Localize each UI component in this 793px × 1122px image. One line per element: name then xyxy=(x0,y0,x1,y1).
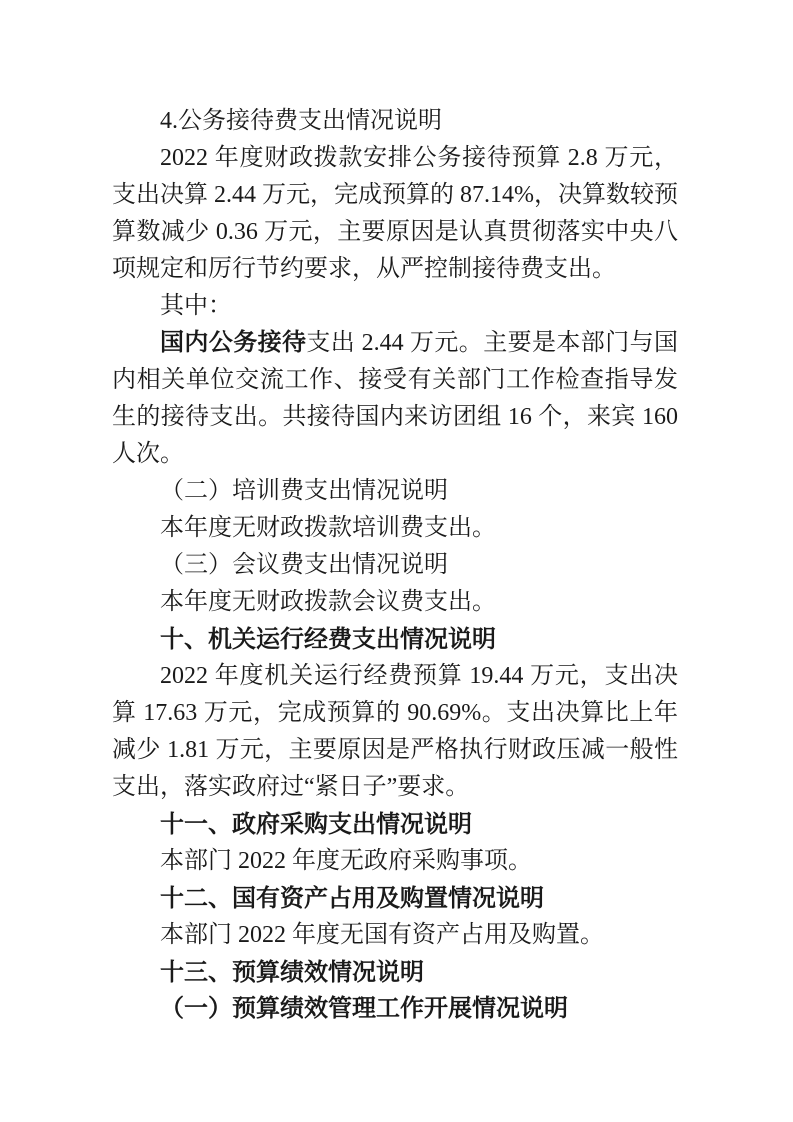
para-no-procurement: 本部门 2022 年度无政府采购事项。 xyxy=(112,843,678,880)
para-among-which: 其中： xyxy=(112,288,678,325)
heading-meeting-expense: （三）会议费支出情况说明 xyxy=(112,547,678,584)
heading-budget-performance: 十三、预算绩效情况说明 xyxy=(112,954,678,991)
domestic-reception-bold-lead: 国内公务接待 xyxy=(160,330,306,356)
heading-performance-management-work: （一）预算绩效管理工作开展情况说明 xyxy=(112,991,678,1028)
document-page: 4.公务接待费支出情况说明 2022 年度财政拨款安排公务接待预算 2.8 万元… xyxy=(0,0,793,1122)
heading-agency-operating-expense: 十、机关运行经费支出情况说明 xyxy=(112,621,678,658)
para-domestic-reception: 国内公务接待支出 2.44 万元。主要是本部门与国内相关单位交流工作、接受有关部… xyxy=(112,325,678,473)
para-operating-expense-detail: 2022 年度机关运行经费预算 19.44 万元，支出决算 17.63 万元，完… xyxy=(112,658,678,806)
heading-training-expense: （二）培训费支出情况说明 xyxy=(112,473,678,510)
heading-official-reception-expense: 4.公务接待费支出情况说明 xyxy=(112,103,678,140)
heading-government-procurement: 十一、政府采购支出情况说明 xyxy=(112,806,678,843)
heading-state-assets: 十二、国有资产占用及购置情况说明 xyxy=(112,880,678,917)
para-no-meeting-expense: 本年度无财政拨款会议费支出。 xyxy=(112,584,678,621)
para-no-state-assets: 本部门 2022 年度无国有资产占用及购置。 xyxy=(112,917,678,954)
para-reception-budget-detail: 2022 年度财政拨款安排公务接待预算 2.8 万元，支出决算 2.44 万元，… xyxy=(112,140,678,288)
para-no-training-expense: 本年度无财政拨款培训费支出。 xyxy=(112,510,678,547)
